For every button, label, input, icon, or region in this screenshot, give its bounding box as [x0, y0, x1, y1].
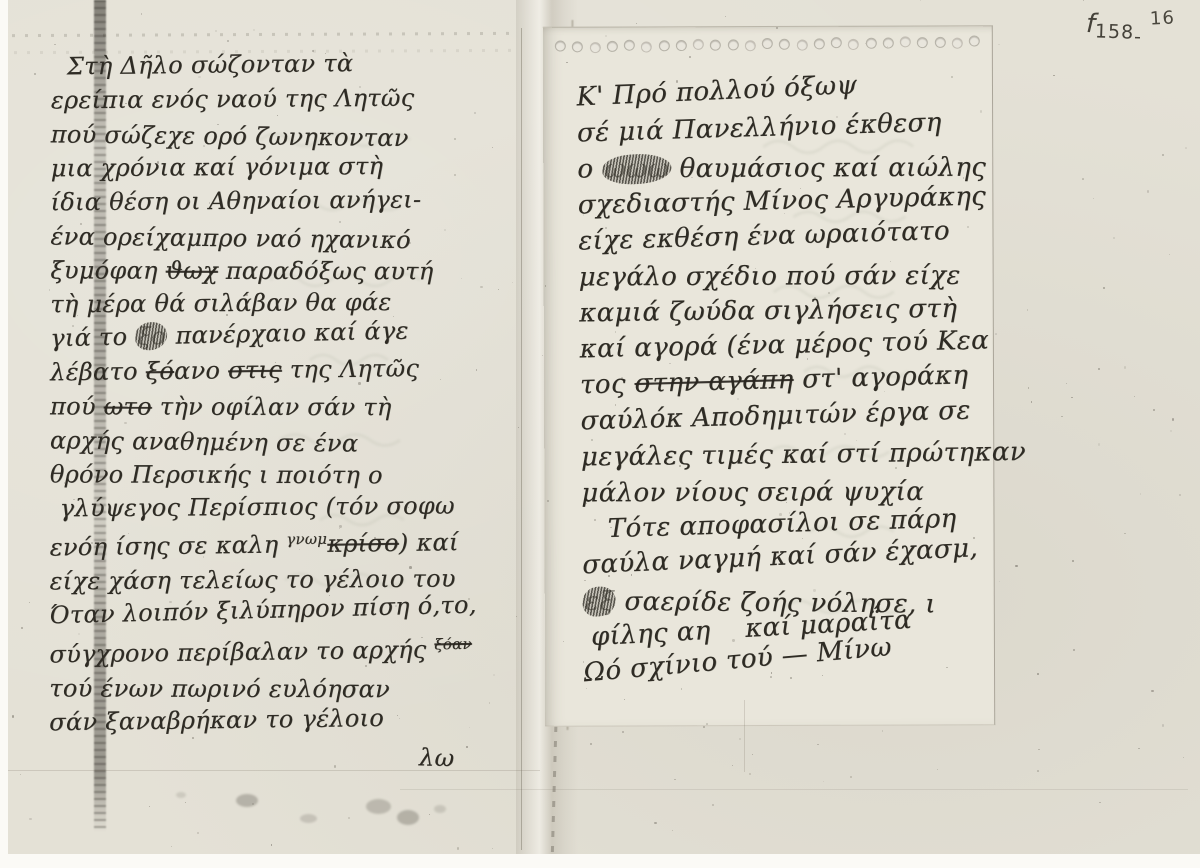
perforation-hole [883, 37, 894, 48]
handwriting-text: ξυμόφαη [50, 256, 165, 284]
scanned-spread: Κ' Πρό πολλού όξωψσέ μιά Πανελλήνιο έκθε… [0, 0, 1200, 868]
handwriting-text: γιά το [50, 323, 136, 353]
crossed-out-word: κρίσο [327, 529, 399, 558]
handwriting-text: τού ένων πωρινό ευλόησαν [49, 675, 390, 704]
perforation-hole [934, 36, 945, 47]
handwriting-text: τὴ μέρα θά σιλάβαν θα φάε [50, 288, 391, 318]
stain-blotch [176, 792, 186, 798]
scribbled-out-word: ξο [135, 322, 168, 351]
perforation-hole [624, 39, 635, 50]
handwriting-text: πανέρχαιο καί άγε [167, 317, 409, 350]
handwriting-text: ) καί [399, 528, 459, 557]
crossed-out-word: ϑωχ [166, 257, 218, 285]
handwriting-text: σέ μιά Πανελλήνιο έκθεση [577, 108, 943, 149]
handwriting-line: ενόη ίσης σε καλη γνωμκρίσο) καί [49, 519, 529, 564]
crossed-out-word: ξό [146, 357, 175, 385]
ghost-sheet-edge [8, 770, 540, 771]
handwriting-text: στ' αγοράκη [793, 360, 969, 395]
handwriting-left: Στὴ Δῆλο σώζονταν τὰερείπια ενός ναού τη… [49, 49, 531, 775]
perforation-hole [572, 41, 583, 52]
handwriting-text: ένα ορείχαμπρο ναό ηχανικό [50, 222, 411, 254]
handwriting-text: Στὴ Δῆλο σώζονταν τὰ [67, 49, 354, 80]
perforation-hole [658, 40, 669, 51]
handwriting-text: μεγάλες τιμές καί στί πρώτηκαν [581, 437, 1026, 472]
perforation-hole [710, 39, 721, 50]
perforation-hole [779, 38, 790, 49]
handwriting-text: πού σώζεχε ορό ζωνηκονταν [51, 120, 409, 152]
perforation-hole [917, 37, 928, 48]
right-page-sheet: Κ' Πρό πολλού όξωψσέ μιά Πανελλήνιο έκθε… [543, 25, 995, 727]
handwriting-line: ίδια θέση οι Αθηναίοι ανήγει- [50, 182, 530, 220]
crossed-out-word: ξόαν [434, 635, 472, 653]
handwriting-text: μια χρόνια καί γόνιμα στὴ [51, 152, 384, 182]
scanner-margin-left [0, 0, 8, 868]
stain-blotch [366, 799, 391, 814]
perforation-hole [743, 38, 757, 52]
perforation-hole [795, 38, 809, 52]
perforation-hole [847, 37, 861, 51]
handwriting-text: Κ' Πρό πολλού όξωψ [576, 70, 858, 112]
scanner-margin-bottom [0, 854, 1200, 868]
crossed-out-word: στις [228, 356, 282, 385]
handwriting-text: καμιά ζωύδα σιγλήσεις στὴ [579, 294, 957, 329]
handwriting-line: πού ωτο τὴν οφίλαν σάν τὴ [50, 389, 530, 424]
handwriting-right: Κ' Πρό πολλού όξωψσέ μιά Πανελλήνιο έκθε… [576, 74, 991, 691]
handwriting-text: μεγάλο σχέδιο πού σάν είχε [579, 261, 961, 293]
perforation-hole [640, 39, 654, 53]
handwriting-text: αρχής αναθημένη σε ένα [50, 426, 359, 457]
handwriting-text: ερείπια ενός ναού της Λητῶς [51, 84, 415, 115]
stain-blotch [397, 810, 419, 825]
handwriting-text: ενόη ίσης σε καλη [50, 530, 287, 561]
handwriting-line: λω [419, 741, 530, 778]
folio-dash: - [1134, 26, 1142, 48]
stain-blotch [434, 805, 446, 813]
handwriting-line: ξυμόφαη ϑωχ παραδόξως αυτή [50, 253, 530, 288]
page-number: 16 [1149, 7, 1175, 29]
crossed-out-word: στην αγάπη [634, 365, 794, 399]
handwriting-text: ανο [174, 356, 228, 385]
handwriting-line: σύγχρονο περίβαλαν το αρχής ξόαν [49, 626, 529, 671]
handwriting-text: τὴν οφίλαν σάν τὴ [152, 393, 392, 422]
handwriting-text: πού [50, 392, 104, 420]
handwriting-text: ίδια θέση οι Αθηναίοι ανήγει- [50, 185, 421, 216]
ghost-sheet-edge [744, 700, 745, 772]
perforation-hole [607, 40, 618, 51]
handwriting-line: μεγάλο σχέδιο πού σάν είχε [579, 258, 987, 296]
handwriting-line: μεγάλες τιμές καί στί πρώτηκαν [581, 434, 989, 475]
handwriting-line: Στὴ Δῆλο σώζονταν τὰ [67, 44, 531, 83]
perforation-hole [969, 35, 980, 46]
perforation-hole [865, 37, 876, 48]
perforation-hole [831, 37, 842, 48]
perforation-hole [762, 37, 773, 48]
perforation-hole [727, 39, 738, 50]
perforation-hole [693, 38, 704, 49]
ghost-sheet-edge [400, 789, 1188, 790]
perforation-hole [900, 36, 911, 47]
handwriting-line: σάν ξαναβρήκαν το γέλοιο [49, 699, 529, 739]
handwriting-text: τος [580, 369, 635, 400]
handwriting-text: λέβατο [50, 357, 146, 386]
perforation-hole [814, 38, 825, 49]
perforation-hole [588, 40, 602, 54]
crossed-out-word: ωτο [104, 393, 152, 421]
handwriting-line: αρχής αναθημένη σε ένα [50, 423, 530, 462]
scribbled-out-word: εξ [583, 586, 616, 616]
handwriting-line: ένα ορείχαμπρο ναό ηχανικό [50, 219, 530, 258]
handwriting-text: της Λητῶς [282, 354, 420, 384]
handwriting-text: Όταν λοιπόν ξιλύπηρον πίση ό,το, [49, 591, 477, 630]
handwriting-line: ερείπια ενός ναού της Λητῶς [51, 80, 531, 117]
handwriting-text: σάν ξαναβρήκαν το γέλοιο [49, 704, 384, 736]
handwriting-line: μια χρόνια καί γόνιμα στὴ [51, 148, 531, 185]
handwriting-line: θρόνο Περσικής ι ποιότη ο [50, 457, 530, 492]
folio-annotation: f158- [1085, 9, 1141, 41]
handwriting-text: είχε εκθέση ένα ωραιότατο [578, 216, 950, 256]
stain-blotch [300, 814, 317, 823]
handwriting-text: σύγχρονο περίβαλαν το αρχής [49, 636, 434, 669]
perforation-hole [555, 40, 566, 51]
scribbled-out-word: ωωω [602, 154, 671, 184]
handwriting-line: λέβατο ξόανο στις της Λητῶς [50, 350, 530, 389]
handwriting-text: ο [577, 154, 602, 184]
inserted-word: γνωμ [286, 530, 327, 549]
perforation-row [555, 34, 980, 53]
handwriting-text: θρόνο Περσικής ι ποιότη ο [50, 460, 383, 489]
folio-number: 158 [1095, 20, 1135, 43]
handwriting-text: γλύψεγος Περίσπιος (τόν σοφω [60, 492, 455, 523]
perforation-hole [950, 36, 964, 50]
handwriting-text: λω [419, 744, 455, 773]
perforation-hole [676, 39, 687, 50]
handwriting-text: σαύλόκ Αποδημιτών έργα σε [580, 396, 971, 437]
stain-blotch [236, 794, 258, 807]
handwriting-text: παραδόξως αυτή [218, 257, 434, 286]
